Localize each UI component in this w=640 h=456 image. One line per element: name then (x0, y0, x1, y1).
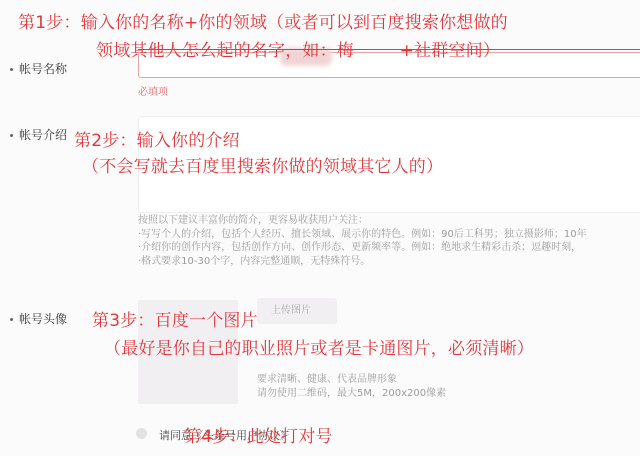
field-label-account-avatar: 帐号头像 (10, 310, 67, 327)
field-label-account-name: 帐号名称 (10, 60, 67, 77)
annotation-step3-line2: （最好是你自己的职业照片或者是卡通图片，必须清晰） (104, 334, 534, 359)
field-label-text: 帐号介绍 (19, 128, 67, 142)
avatar-hint-line: 要求清晰、健康、代表品牌形象 (257, 373, 446, 387)
field-label-account-intro: 帐号介绍 (10, 126, 67, 143)
intro-hint-line: ·格式要求10-30个字，内容完整通顺，无特殊符号。 (138, 255, 587, 269)
annotation-step2-line2: （不会写就去百度里搜索你做的领域其它人的） (82, 152, 443, 177)
avatar-hint-line: 请勿使用二维码，最大5M，200x200像素 (257, 387, 446, 401)
intro-hint-line: ·介绍你的创作内容，包括创作方向、创作形态、更新频率等。例如：绝地求生精彩击杀；… (138, 241, 587, 255)
bullet-icon (10, 318, 13, 321)
annotation-step1-line2: 领域其他人怎么起的名字，如：梅 +社群空间） (96, 36, 500, 61)
upload-image-button[interactable]: 上传图片 (257, 298, 337, 324)
intro-hint-line: ·写写个人的介绍，包括个人经历、擅长领域、展示你的特色。例如：90后工科男；独立… (138, 228, 587, 242)
field-label-text: 帐号头像 (19, 312, 67, 326)
bullet-icon (10, 134, 13, 137)
annotation-step4: 第4步：此处打对号 (184, 422, 333, 447)
bullet-icon (10, 68, 13, 71)
intro-hint-line: 按照以下建议丰富你的简介，更容易收获用户关注： (138, 214, 587, 228)
required-helper: 必填项 (138, 83, 168, 98)
annotation-step1-line1: 第1步：输入你的名称+你的领域（或者可以到百度搜索你想做的 (18, 8, 508, 33)
annotation-step2-line1: 第2步：输入你的介绍 (74, 126, 240, 151)
agreement-checkbox[interactable] (136, 428, 147, 439)
field-label-text: 帐号名称 (19, 62, 67, 76)
intro-hint: 按照以下建议丰富你的简介，更容易收获用户关注： ·写写个人的介绍，包括个人经历、… (138, 214, 587, 268)
annotation-step3-line1: 第3步：百度一个图片 (92, 306, 258, 331)
avatar-hint: 要求清晰、健康、代表品牌形象 请勿使用二维码，最大5M，200x200像素 (257, 373, 446, 400)
